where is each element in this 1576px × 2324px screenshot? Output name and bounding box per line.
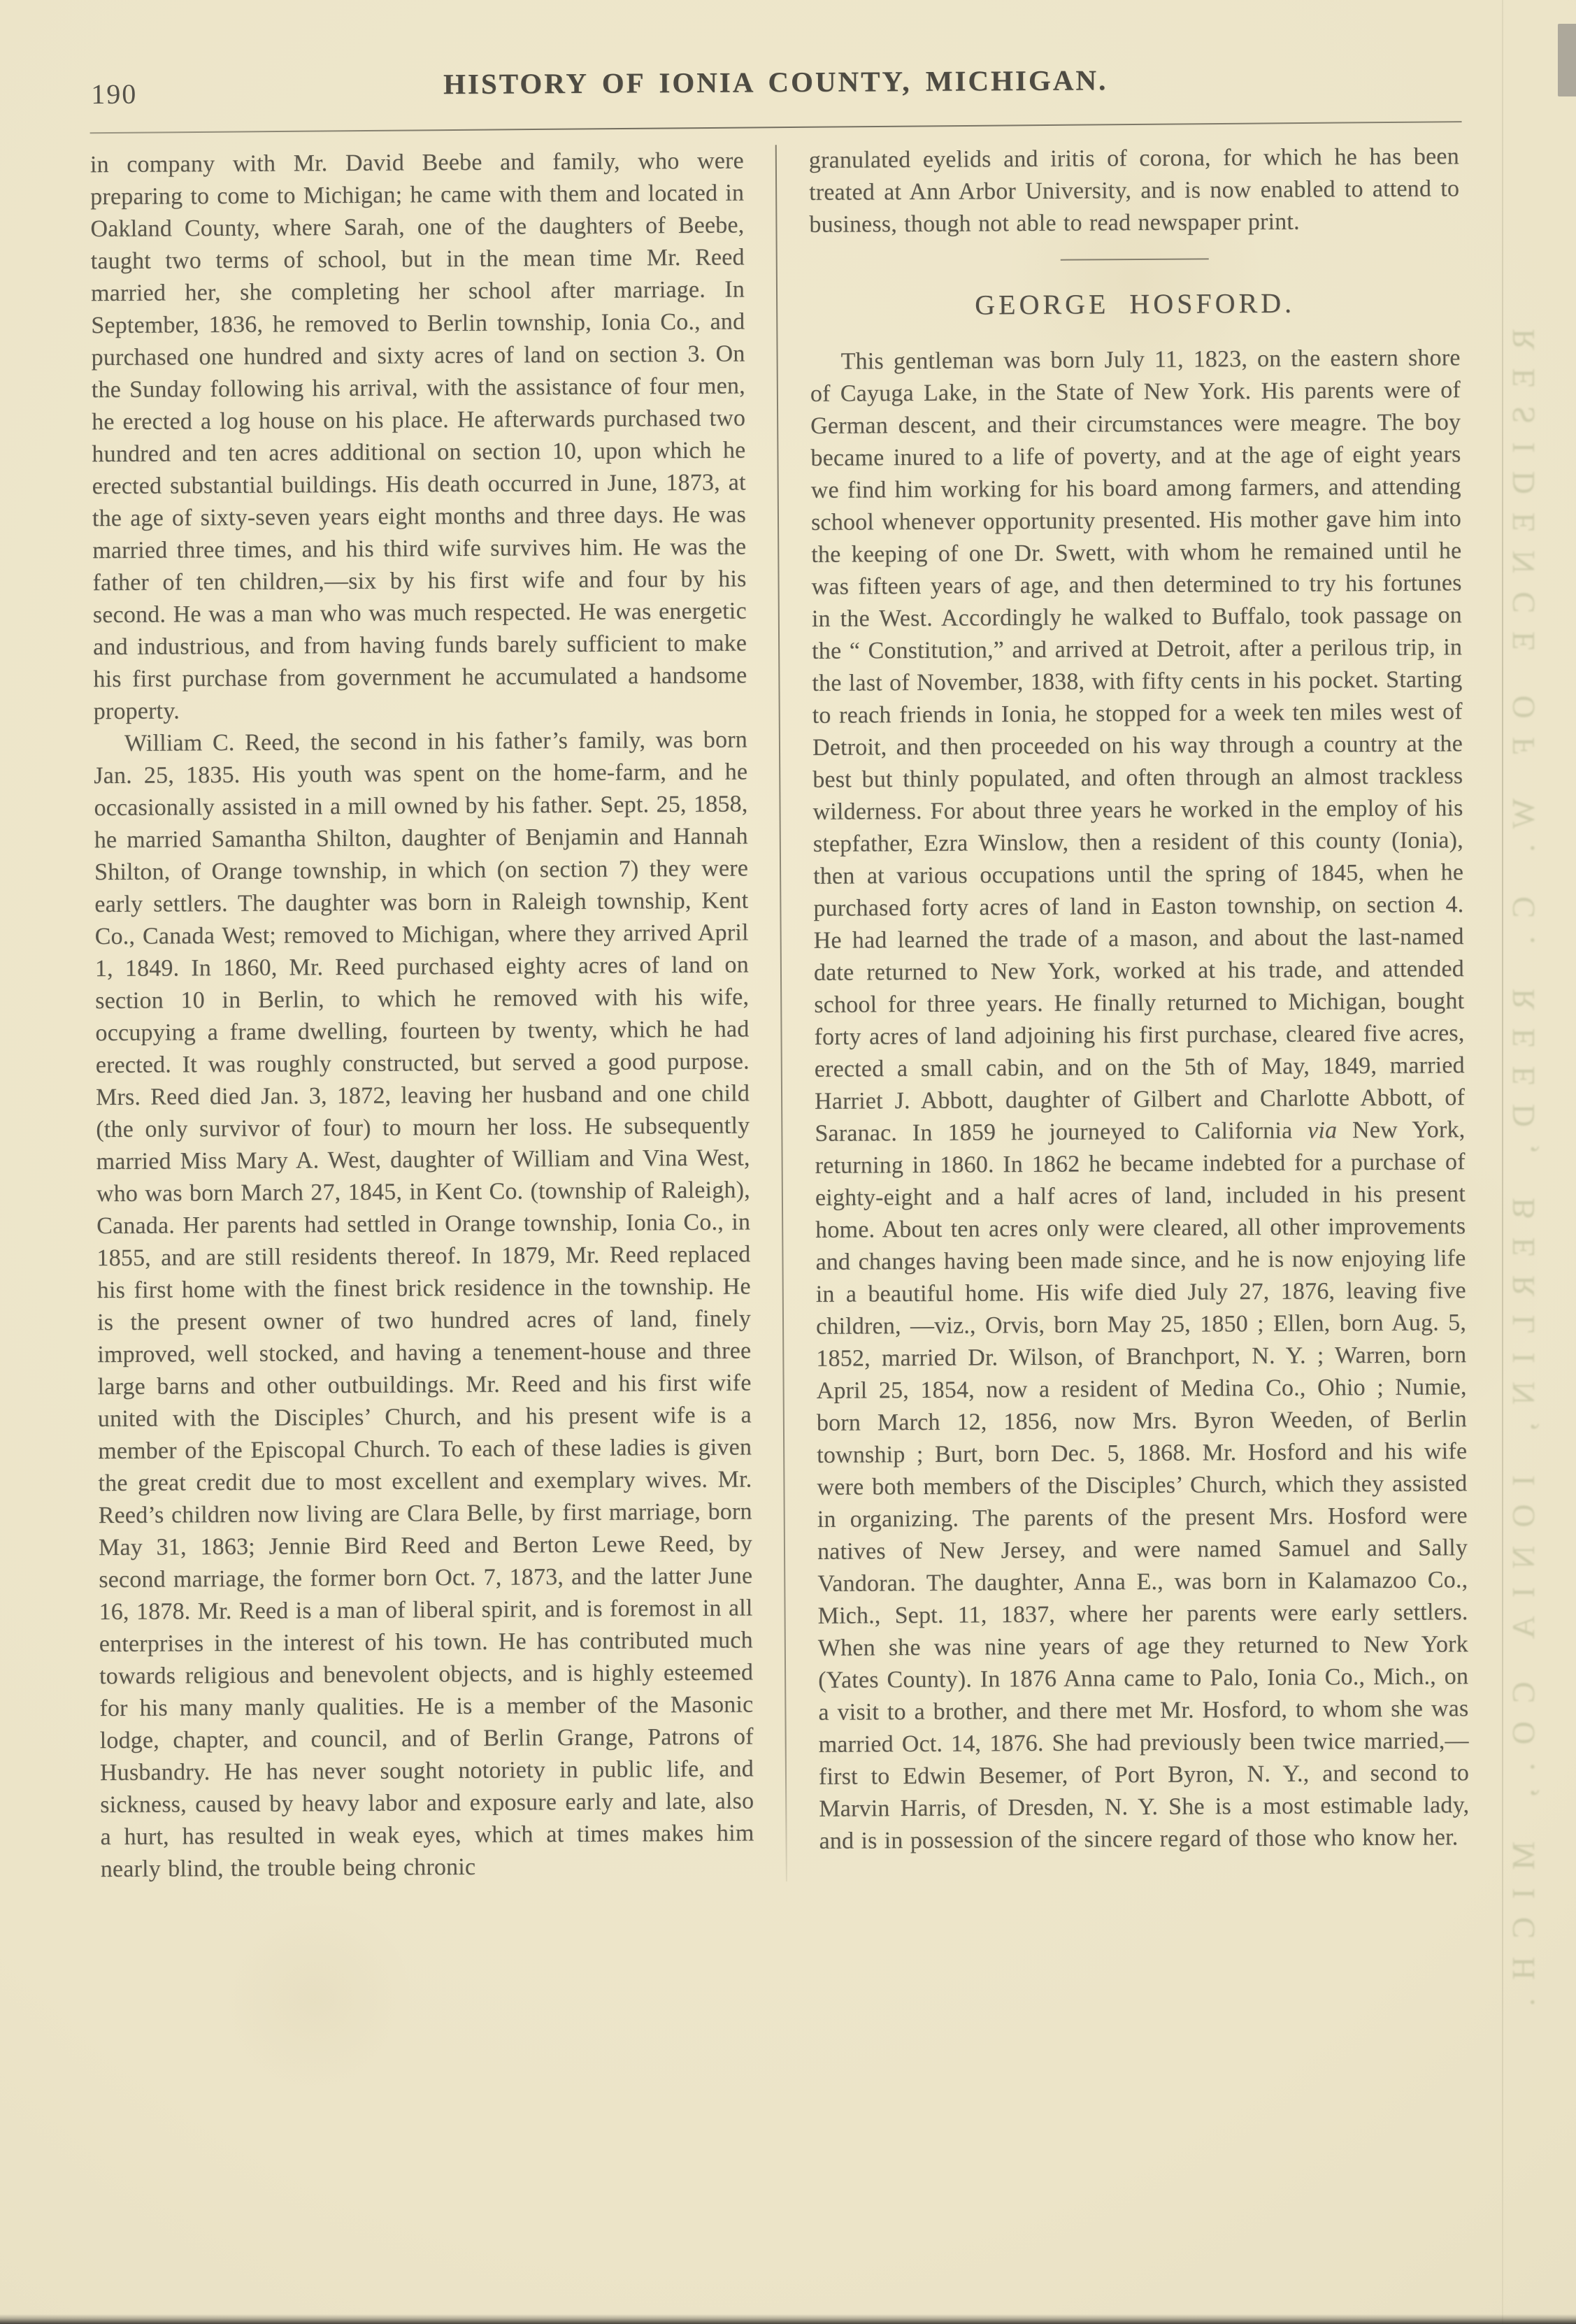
scanned-book-page: 190 HISTORY OF IONIA COUNTY, MICHIGAN. i… (0, 0, 1576, 2324)
paragraph-william-c-reed: William C. Reed, the second in his fathe… (94, 724, 754, 1886)
page-header-title: HISTORY OF IONIA COUNTY, MICHIGAN. (89, 61, 1461, 103)
paragraph-hosford-intro: granulated eyelids and iritis of corona,… (809, 141, 1460, 241)
paragraph-george-hosford-bio: This gentleman was born July 11, 1823, o… (810, 342, 1469, 1858)
scan-corner-artifact (1558, 24, 1576, 96)
ghost-showthrough-text: RESIDENCE OF W. C. REED, BERLIN, IONIA C… (1505, 329, 1561, 2042)
page-header: 190 HISTORY OF IONIA COUNTY, MICHIGAN. (89, 57, 1461, 121)
scan-bottom-edge-shadow (0, 2314, 1576, 2324)
page-edge-fold-line (1502, 0, 1503, 2324)
paragraph-beebe-reed-continuation: in company with Mr. David Beebe and fami… (90, 145, 747, 728)
header-rule (90, 121, 1462, 134)
bio-italic-via: via (1308, 1117, 1337, 1143)
section-heading-george-hosford: GEORGE HOSFORD. (810, 286, 1460, 322)
text-columns: in company with Mr. David Beebe and fami… (90, 141, 1473, 1886)
page-content: 190 HISTORY OF IONIA COUNTY, MICHIGAN. i… (89, 57, 1473, 1886)
bio-text-part1: This gentleman was born July 11, 1823, o… (810, 345, 1465, 1147)
bio-text-part2: New York, returning in 1860. In 1862 he … (815, 1117, 1470, 1854)
right-column: granulated eyelids and iritis of corona,… (809, 141, 1470, 1881)
left-column: in company with Mr. David Beebe and fami… (90, 145, 754, 1886)
section-divider-rule (1061, 258, 1209, 260)
column-divider-rule (775, 145, 787, 1881)
